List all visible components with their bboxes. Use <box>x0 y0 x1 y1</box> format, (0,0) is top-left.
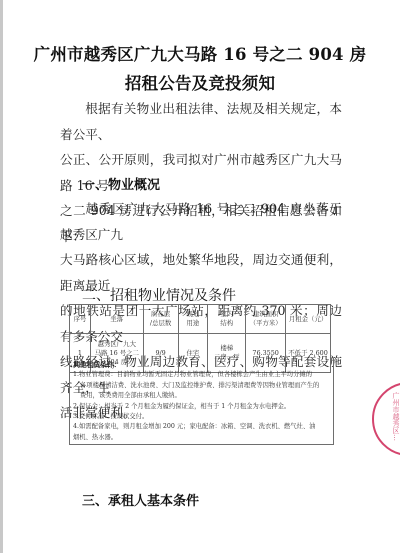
other-conditions-title: 其他租赁条件： <box>73 360 333 370</box>
section2-heading: 二、招租物业情况及条件 <box>82 285 236 305</box>
section3-heading: 三、承租人基本条件 <box>82 490 199 509</box>
intro-line: 根据有关物业出租法律、法规及相关规定，本着公平、 <box>60 101 342 142</box>
condition-item-2: 2.保证金：相当于 2 个月租金为履约保证金，相当于 1 个月租金为水电押金。 <box>73 402 333 412</box>
condition-item-4: 4.如需配备家电，则月租金增加 200 元；家电配备：冰箱、空调、洗衣机、燃气灶… <box>73 422 333 443</box>
table-header-row: 序号 坐落 所在层/总层数 规划用途 室内结构 建筑面积（平方米） 月租金（元） <box>70 305 331 334</box>
header-location: 坐落 <box>90 305 143 334</box>
header-usage: 规划用途 <box>178 305 208 334</box>
header-floor: 所在层/总层数 <box>143 305 178 334</box>
section1-line: 越秀区广九大马路 16 号之二 904 房坐落于越秀区广九 <box>60 201 342 242</box>
other-conditions-box: 其他租赁条件： 1.物业管理费：目前物业均暂无固定月物业管理费，但各楼栋会产生由… <box>69 358 334 445</box>
header-area: 建筑面积（平方米） <box>246 305 286 334</box>
header-structure: 室内结构 <box>208 305 246 334</box>
seal-text: 广州市越秀区… <box>380 392 400 441</box>
document-title-line1: 广州市越秀区广九大马路 16 号之二 904 房 <box>0 41 400 65</box>
document-title-line2: 招租公告及竞投须知 <box>0 70 400 94</box>
header-index: 序号 <box>70 305 91 334</box>
section1-heading: 一、物业概况 <box>82 174 160 193</box>
header-rent: 月租金（元） <box>286 305 331 334</box>
condition-item-3: 3.交付标准：按现状交付。 <box>73 412 333 422</box>
condition-item-1: 1.物业管理费：目前物业均暂无固定月物业管理费，但各楼栋会产生由业主平均分摊的 … <box>73 370 333 401</box>
